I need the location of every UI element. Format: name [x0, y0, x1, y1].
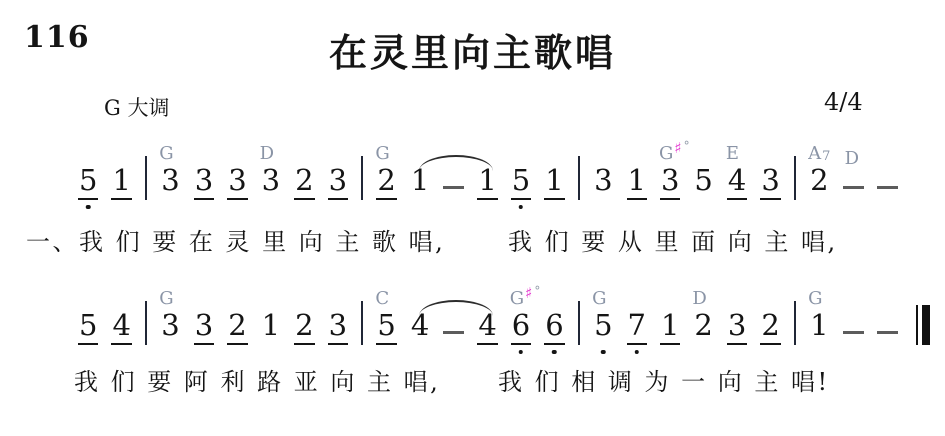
low-octave-dot — [519, 350, 524, 355]
note-digit: 5 — [511, 166, 531, 200]
note-6: 6 — [544, 311, 564, 345]
note-1: 1 — [111, 166, 131, 200]
note-digit: 2 — [693, 311, 713, 345]
chord-root: G — [659, 143, 673, 164]
dash-continuation: D — [843, 186, 864, 200]
music-line-1: 51G333D323G2115131G♯°35E43A72D — [78, 156, 898, 200]
lyrics-line-2-phrase-2: 我 们 相 调 为 一 向 主 唱! — [498, 362, 830, 397]
note-1: 1 — [660, 311, 680, 345]
lyrics-line-1-phrase-1: 一、我 们 要 在 灵 里 向 主 歌 唱, — [26, 222, 445, 257]
dash-continuation — [877, 186, 898, 200]
low-octave-dot — [552, 350, 557, 355]
barline — [794, 301, 796, 345]
note-digit: 2 — [294, 166, 314, 200]
tie-group: 11 — [410, 166, 498, 200]
chord-label: D — [845, 150, 859, 168]
note-6: G♯°6 — [511, 311, 531, 345]
note-2: D2 — [693, 311, 713, 345]
chord-root: D — [692, 288, 706, 309]
note-digit: 1 — [261, 311, 281, 345]
chord-label: G — [592, 290, 606, 308]
tie-group: 44 — [410, 311, 498, 345]
note-1: 1 — [627, 166, 647, 200]
note-2: 2 — [294, 166, 314, 200]
chord-root: C — [375, 288, 389, 309]
barline — [794, 156, 796, 200]
low-octave-dot — [86, 205, 91, 210]
note-digit: 2 — [809, 166, 829, 200]
note-digit: 3 — [160, 311, 180, 345]
note-2: 2 — [227, 311, 247, 345]
chord-root: G — [592, 288, 606, 309]
chord-label: G♯° — [510, 290, 541, 308]
key-signature: G 大调 — [104, 92, 169, 122]
final-barline — [916, 305, 931, 345]
note-digit: 6 — [544, 311, 564, 345]
lyrics-line-2-phrase-1: 我 们 要 阿 利 路 亚 向 主 唱, — [74, 362, 440, 397]
note-3: G3 — [160, 311, 180, 345]
low-octave-dot — [634, 350, 639, 355]
chord-label: A7 — [808, 145, 830, 163]
note-3: 3 — [194, 166, 214, 200]
note-digit: 2 — [760, 311, 780, 345]
sharp-icon: ♯ — [674, 139, 681, 157]
note-digit: 3 — [593, 166, 613, 200]
note-4: E4 — [727, 166, 747, 200]
note-4: 4 — [111, 311, 131, 345]
note-5: 5 — [78, 311, 98, 345]
dash-continuation — [443, 186, 464, 200]
chord-label: D — [260, 145, 274, 163]
note-3: D3 — [261, 166, 281, 200]
chord-root: G — [510, 288, 524, 309]
barline — [578, 301, 580, 345]
note-5: 5 — [511, 166, 531, 200]
note-digit: 3 — [261, 166, 281, 200]
chord-label: E — [726, 145, 739, 163]
note-digit: 1 — [660, 311, 680, 345]
note-digit: 1 — [477, 166, 497, 200]
note-digit: 4 — [410, 311, 430, 345]
note-digit: 3 — [727, 311, 747, 345]
final-bar-thin-line — [916, 305, 919, 345]
note-digit: 3 — [227, 166, 247, 200]
note-digit: 1 — [410, 166, 430, 200]
note-digit: 2 — [376, 166, 396, 200]
note-digit: 1 — [809, 311, 829, 345]
note-3: 3 — [328, 166, 348, 200]
chord-label: G — [375, 145, 389, 163]
note-digit: 3 — [760, 166, 780, 200]
note-3: G♯°3 — [660, 166, 680, 200]
sharp-icon: ♯ — [525, 284, 532, 302]
note-digit: 5 — [78, 311, 98, 345]
diminished-icon: ° — [534, 284, 540, 298]
low-octave-dot — [601, 350, 606, 355]
note-digit: 4 — [111, 311, 131, 345]
chord-root: G — [808, 288, 822, 309]
note-5: C5 — [376, 311, 396, 345]
final-bar-thick-line — [922, 305, 931, 345]
lyrics-line-1-phrase-2: 我 们 要 从 里 面 向 主 唱, — [508, 222, 838, 257]
note-3: 3 — [194, 311, 214, 345]
chord-label: G — [808, 290, 822, 308]
note-digit: 7 — [627, 311, 647, 345]
barline — [361, 301, 363, 345]
chord-root: G — [375, 143, 389, 164]
barline — [361, 156, 363, 200]
dash-continuation — [443, 331, 464, 345]
note-7: 7 — [627, 311, 647, 345]
note-digit: 3 — [160, 166, 180, 200]
chord-root: G — [159, 288, 173, 309]
note-digit: 3 — [194, 166, 214, 200]
note-digit: 3 — [328, 311, 348, 345]
note-digit: 3 — [194, 311, 214, 345]
note-digit: 1 — [111, 166, 131, 200]
note-digit: 4 — [727, 166, 747, 200]
note-5: 5 — [78, 166, 98, 200]
chord-root: E — [726, 143, 739, 164]
chord-root: D — [845, 148, 859, 169]
chord-root: A — [808, 143, 821, 164]
note-4: 4 — [477, 311, 497, 345]
chord-root: G — [159, 143, 173, 164]
diminished-icon: ° — [684, 139, 690, 153]
chord-label: G — [159, 290, 173, 308]
note-1: G1 — [809, 311, 829, 345]
chord-label: D — [692, 290, 706, 308]
note-3: G3 — [160, 166, 180, 200]
note-digit: 1 — [627, 166, 647, 200]
note-digit: 5 — [693, 166, 713, 200]
time-signature: 4/4 — [824, 88, 863, 116]
note-1: 1 — [544, 166, 564, 200]
note-digit: 3 — [328, 166, 348, 200]
note-digit: 1 — [544, 166, 564, 200]
chord-label: C — [375, 290, 389, 308]
chord-root: D — [260, 143, 274, 164]
note-2: G2 — [376, 166, 396, 200]
note-2: 2 — [760, 311, 780, 345]
sheet-music-page: 116 在灵里向主歌唱 G 大调 4/4 51G333D323G2115131G… — [0, 0, 945, 436]
chord-label: G — [159, 145, 173, 163]
chord-label: G♯° — [659, 145, 690, 163]
barline — [145, 301, 147, 345]
page-title: 在灵里向主歌唱 — [0, 22, 945, 77]
note-3: 3 — [727, 311, 747, 345]
note-digit: 3 — [660, 166, 680, 200]
note-1: 1 — [410, 166, 430, 200]
note-digit: 2 — [294, 311, 314, 345]
note-digit: 6 — [511, 311, 531, 345]
barline — [145, 156, 147, 200]
note-5: 5 — [693, 166, 713, 200]
note-3: 3 — [593, 166, 613, 200]
note-digit: 4 — [477, 311, 497, 345]
note-3: 3 — [227, 166, 247, 200]
note-3: 3 — [760, 166, 780, 200]
note-1: 1 — [477, 166, 497, 200]
note-digit: 5 — [593, 311, 613, 345]
dash-continuation — [877, 331, 898, 345]
low-octave-dot — [519, 205, 524, 210]
barline — [578, 156, 580, 200]
dash-continuation — [843, 331, 864, 345]
note-2: 2 — [294, 311, 314, 345]
music-line-2: 54G332123C544G♯°66G571D232G1 — [78, 301, 930, 345]
note-digit: 2 — [227, 311, 247, 345]
chord-extension: 7 — [822, 149, 830, 164]
note-digit: 5 — [376, 311, 396, 345]
note-digit: 5 — [78, 166, 98, 200]
note-3: 3 — [328, 311, 348, 345]
note-5: G5 — [593, 311, 613, 345]
note-4: 4 — [410, 311, 430, 345]
note-2: A72 — [809, 166, 829, 200]
note-1: 1 — [261, 311, 281, 345]
